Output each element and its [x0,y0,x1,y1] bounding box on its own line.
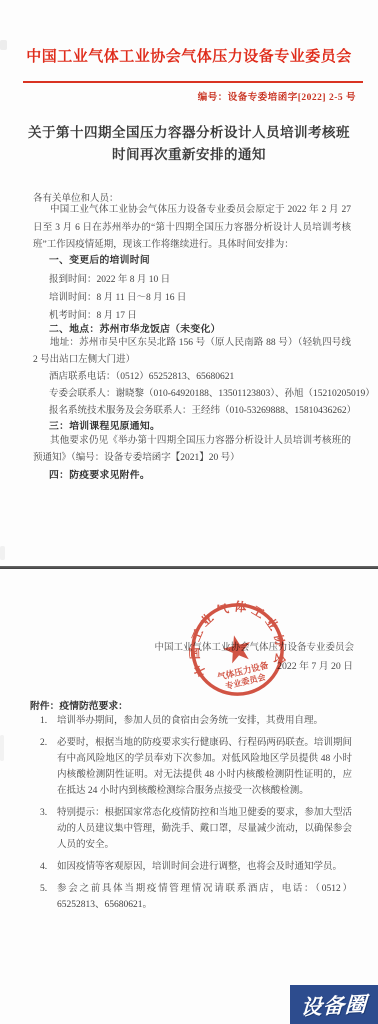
list-item: 5. 参会之前具体当期疫情管理情况请联系酒店，电话：（0512）65252813… [40,881,352,913]
other-requirements-note: 其他要求仍见《举办第十四期全国压力容器分析设计人员培训考核班的预通知》（编号：设… [33,433,351,466]
list-item: 4. 如因疫情等客观原因，培训时间会进行调整，也将会及时通知学员。 [40,859,352,875]
list-item: 1. 培训举办期间，参加人员的食宿由会务统一安排，其费用自理。 [40,713,352,729]
scan-artifact [0,546,5,560]
doc-number: 编号：设备专委培函字[2022] 2-5 号 [198,89,356,103]
list-item-text: 参会之前具体当期疫情管理情况请联系酒店，电话：（0512）65252813、65… [53,881,352,913]
section3-heading: 三：培训课程见原通知。 [49,418,160,432]
list-item-number: 2. [40,735,53,799]
section1-heading: 一、变更后的培训时间 [49,252,150,266]
official-seal-stamp: 中国工业气体工业协会 气体压力设备 专业委员会 [179,591,297,709]
section4-heading: 四：防疫要求见附件。 [49,467,150,481]
intro-paragraph: 中国工业气体工业协会气体压力设备专业委员会原定于 2022 年 2 月 27 日… [33,202,351,255]
training-checkin-time: 报到时间：2022 年 8 月 10 日 [49,271,170,285]
scan-artifact [0,40,7,50]
list-item-number: 4. [40,859,53,875]
list-item-text: 如因疫情等客观原因，培训时间会进行调整，也将会及时通知学员。 [53,859,352,875]
seal-star-icon [221,632,254,665]
committee-contacts: 专委会联系人：谢晓黎（010-64920188、13501123803）、孙旭（… [49,385,375,399]
hotel-address: 地址：苏州市吴中区东吴北路 156 号（原人民南路 88 号）（轻轨四号线 2 … [33,335,351,369]
list-item: 2. 必要时，根据当地的防疫要求实行健康码、行程码两码联查。培训期间有中高风险地… [40,735,352,799]
list-item-number: 3. [40,805,53,853]
exam-time: 机考时间：8 月 17 日 [49,307,137,321]
registration-contact: 报名系统技术服务及会务联系人：王经纬（010-53269888、15810436… [49,402,356,416]
list-item-text: 培训举办期间，参加人员的食宿由会务统一安排，其费用自理。 [53,713,352,729]
page-break-divider [0,566,378,569]
hotel-phone: 酒店联系电话：（0512）65252813、65680621 [49,368,234,382]
section2-heading: 二、地点：苏州市华龙饭店（未变化） [49,321,221,335]
attachment-heading: 附件：疫情防范要求： [30,698,128,712]
doc-title: 关于第十四期全国压力容器分析设计人员培训考核班 时间再次重新安排的通知 [18,122,360,166]
epidemic-rules-list: 1. 培训举办期间，参加人员的食宿由会务统一安排，其费用自理。 2. 必要时，根… [40,713,352,919]
shebeiquan-watermark-logo: 设备圈 [290,985,378,1024]
watermark-text: 设备圈 [300,988,368,1021]
list-item-text: 特别提示：根据国家常态化疫情防控和当地卫健委的要求，参加大型活动的人员建议集中管… [53,805,352,853]
list-item-number: 1. [40,713,53,729]
list-item: 3. 特别提示：根据国家常态化疫情防控和当地卫健委的要求，参加大型活动的人员建议… [40,805,352,853]
document-page: 中国工业气体工业协会气体压力设备专业委员会 编号：设备专委培函字[2022] 2… [0,0,378,1024]
letterhead-org-title: 中国工业气体工业协会气体压力设备专业委员会 [8,44,370,70]
list-item-number: 5. [40,881,53,913]
letterhead-rule [23,81,363,83]
doc-title-line2: 时间再次重新安排的通知 [112,147,266,162]
training-time: 培训时间：8 月 11 日～8 月 16 日 [49,289,186,303]
scan-artifact [0,735,4,761]
doc-title-line1: 关于第十四期全国压力容器分析设计人员培训考核班 [28,125,350,140]
list-item-text: 必要时，根据当地的防疫要求实行健康码、行程码两码联查。培训期间有中高风险地区的学… [53,735,352,799]
